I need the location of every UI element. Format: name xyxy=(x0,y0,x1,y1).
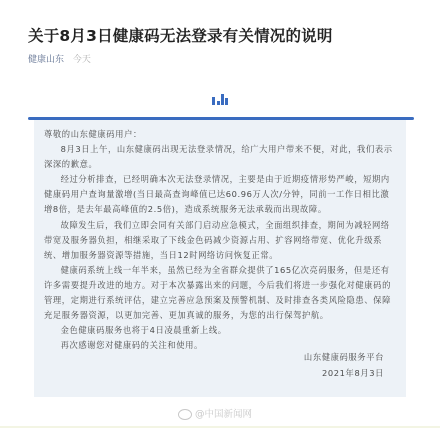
paragraph-gold-code: 金色健康码服务也将于4日凌晨重新上线。 xyxy=(44,323,396,338)
paragraph-cause: 经过分析排查，已经明确本次无法登录情况，主要是由于近期疫情形势严峻，短期内健康码… xyxy=(44,172,396,217)
signature-date: 2021年8月3日 xyxy=(322,366,384,381)
greeting: 尊敬的山东健康码用户： xyxy=(44,127,396,142)
notice-box: 尊敬的山东健康码用户： 8月3日上午，山东健康码出现无法登录情况，给广大用户带来… xyxy=(34,120,406,397)
signature-org: 山东健康码服务平台 xyxy=(304,350,384,365)
paragraph-improvement: 健康码系统上线一年半来，虽然已经为全省群众提供了165亿次亮码服务，但是还有许多… xyxy=(44,263,396,323)
paragraph-response: 故障发生后，我们立即会同有关部门启动应急模式，全面组织排查，期间为减轻网络带宽及… xyxy=(44,218,396,263)
publish-time: 今天 xyxy=(73,55,91,65)
paragraph-apology: 8月3日上午，山东健康码出现无法登录情况，给广大用户带来不便，对此，我们表示深深… xyxy=(44,142,396,172)
source-link[interactable]: 健康山东 xyxy=(28,55,64,65)
watermark: @中国新闻网 xyxy=(178,406,252,420)
weibo-icon xyxy=(178,409,192,420)
watermark-text: @中国新闻网 xyxy=(195,409,252,420)
bar-chart-icon xyxy=(212,94,228,105)
article-meta: 健康山东 今天 xyxy=(28,52,91,65)
article-title: 关于8月3日健康码无法登录有关情况的说明 xyxy=(28,24,333,46)
